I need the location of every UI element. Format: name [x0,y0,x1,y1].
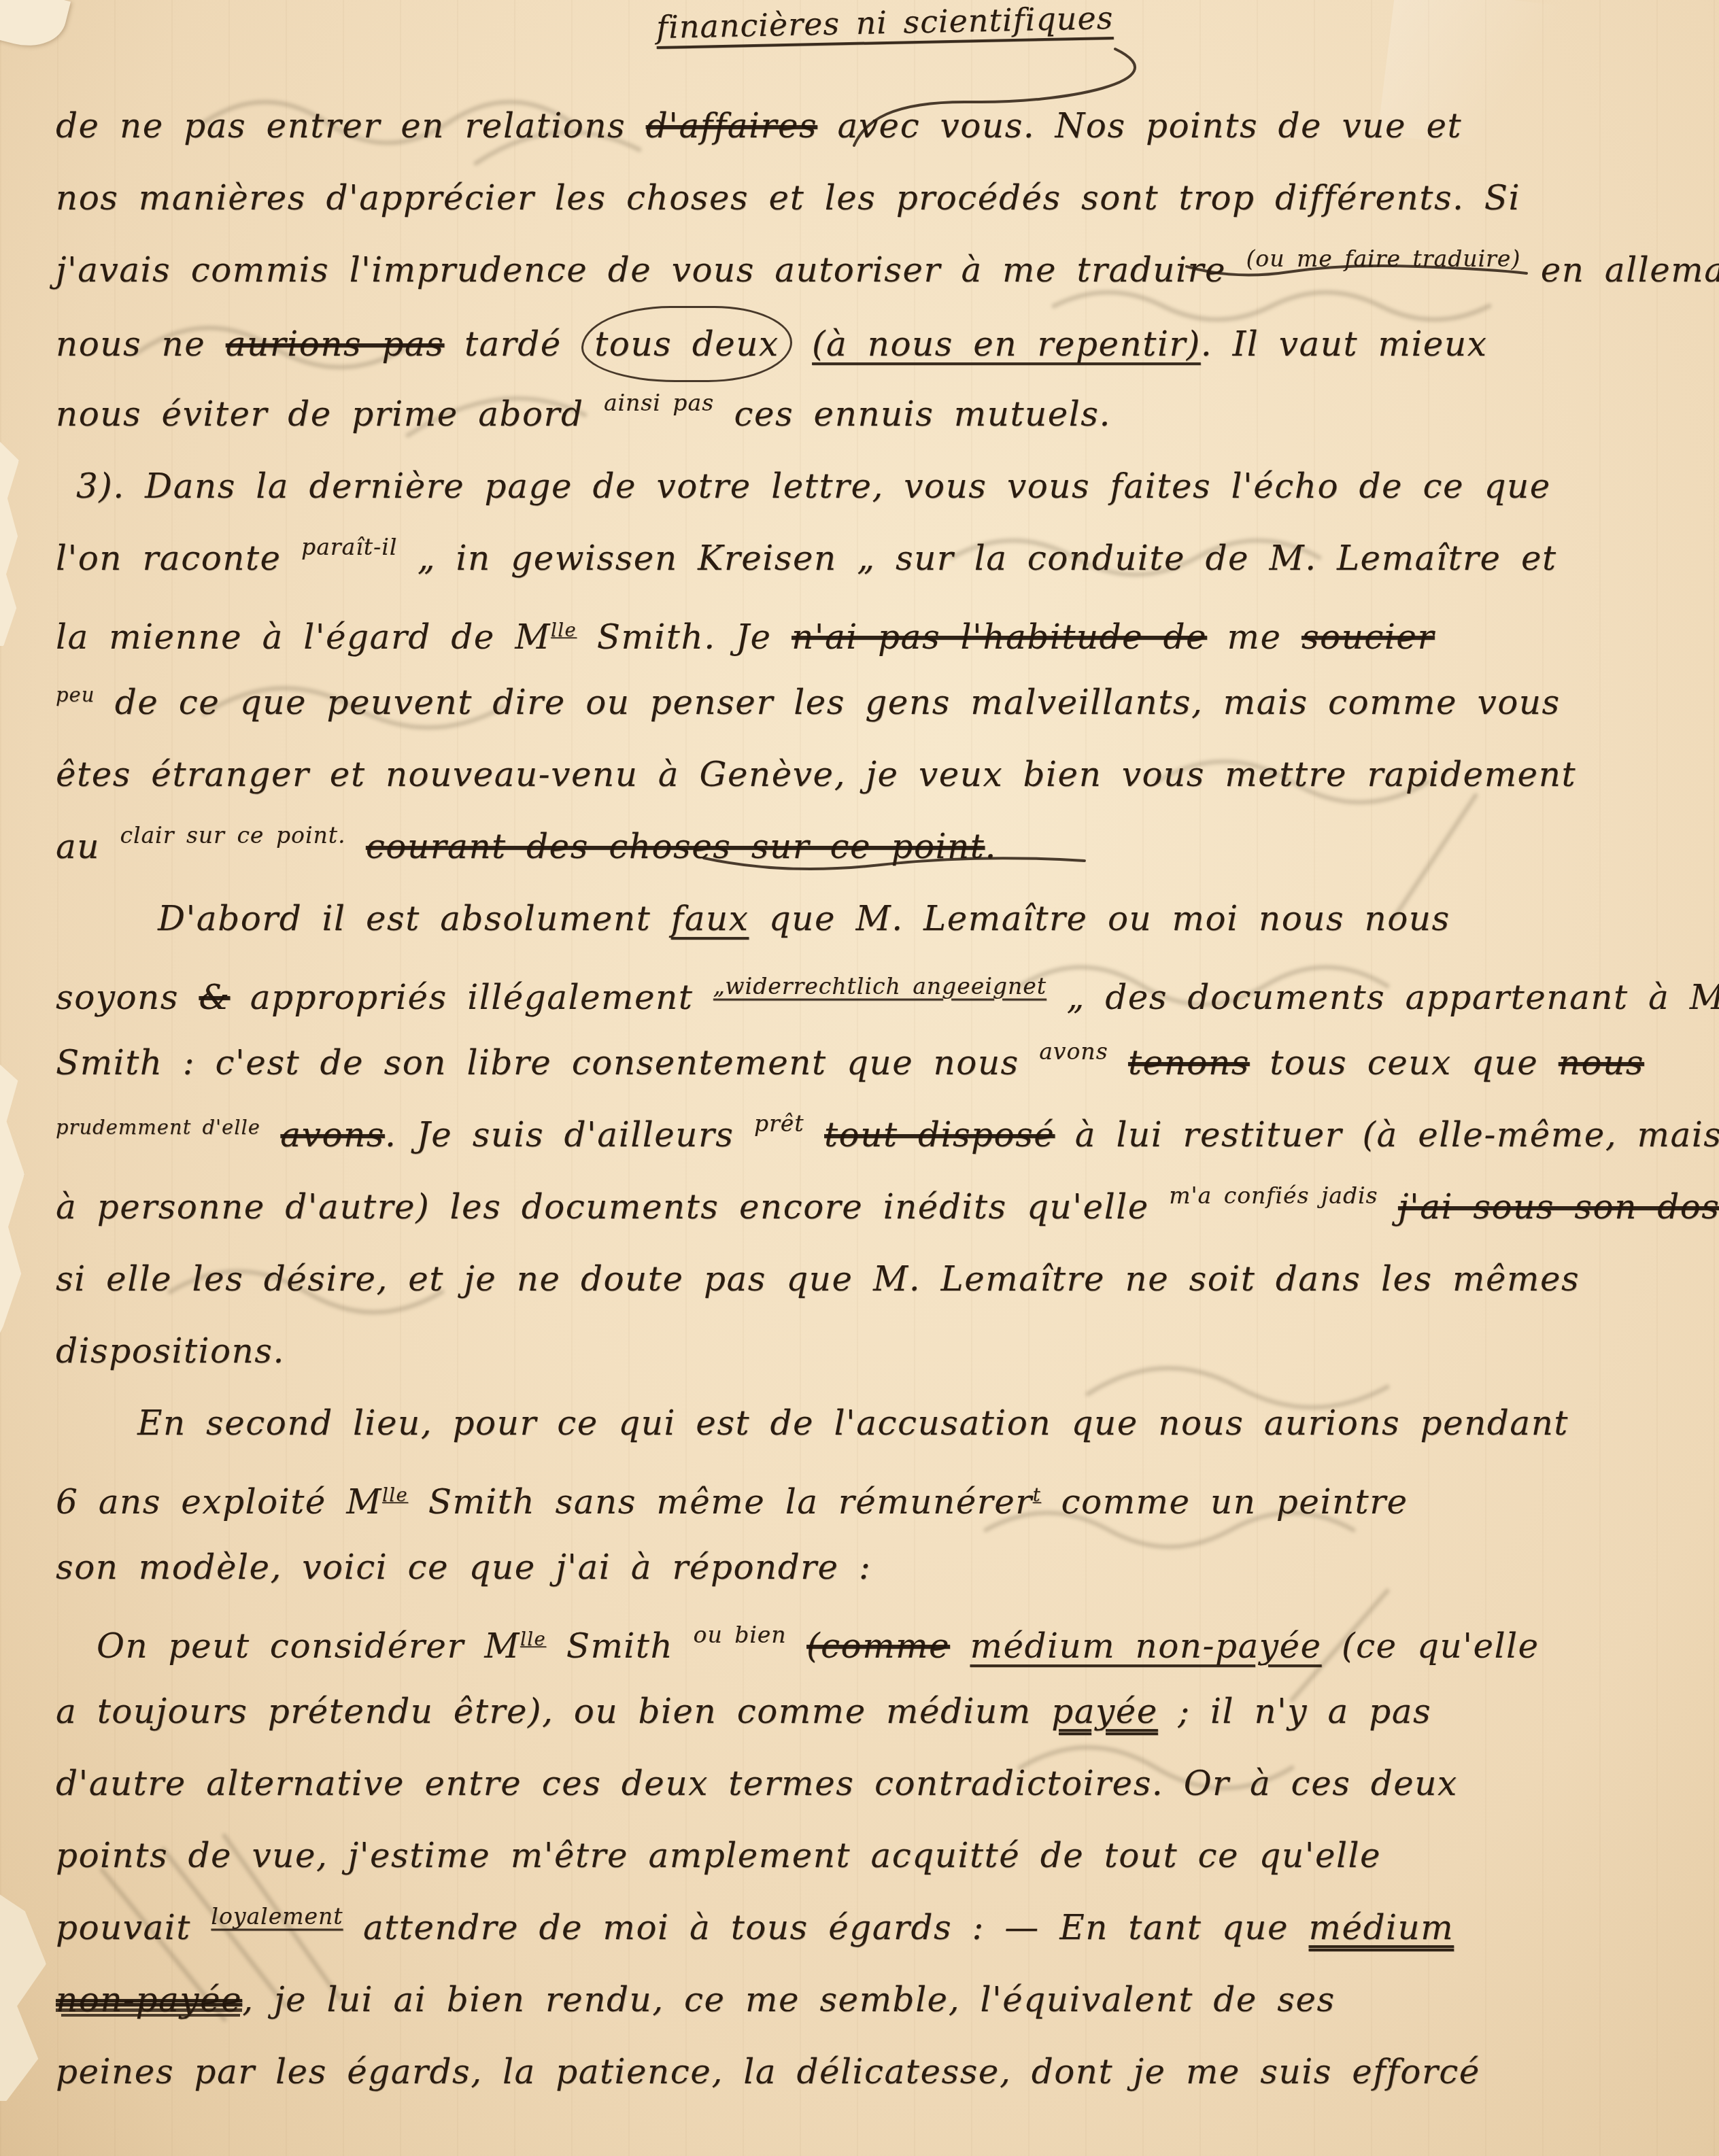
text-segment: „ in gewissen Kreisen „ sur la conduite … [397,538,1556,578]
manuscript-line: non-payée, je lui ai bien rendu, ce me s… [56,1964,1692,2036]
manuscript-line: pouvait loyalement attendre de moi à tou… [56,1892,1692,1964]
text-segment: points de vue, j'estime m'être amplement… [56,1836,1381,1875]
struck-text: tout disposé [824,1115,1055,1154]
struck-text: d'affaires [646,106,818,146]
inserted-text: ainsi pas [604,367,714,439]
manuscript-line: la mienne à l'égard de Mlle Smith. Je n'… [56,594,1692,666]
struck-text: n'ai pas l'habitude de [792,617,1207,657]
manuscript-line: 6 ans exploité Mlle Smith sans même la r… [56,1459,1692,1531]
manuscript-line: Smith : c'est de son libre consentement … [56,1027,1692,1099]
margin-insertion: prudemment d'elle [56,1091,260,1163]
text-segment: j'avais commis l'imprudence de vous auto… [56,250,1246,290]
struck-text: aurions pas [226,324,445,364]
text-segment: comme un peintre [1041,1482,1408,1522]
text-segment: pouvait [56,1908,211,1947]
text-segment: D'abord il est absolument [158,899,671,938]
text-segment: . Il vaut mieux [1201,324,1488,364]
text-segment [1108,1043,1128,1082]
text-segment: à personne d'autre) les documents encore… [56,1187,1169,1227]
manuscript-line: au clair sur ce point. courant des chose… [56,810,1692,883]
text-segment: Smith. Je [577,617,792,657]
text-segment [260,1115,280,1154]
text-segment: nous éviter de prime abord [56,394,604,434]
text-segment: On peut considérer M [97,1626,520,1666]
double-underlined-text: payée [1051,1692,1158,1731]
manuscript-line: de ne pas entrer en relations d'affaires… [56,90,1692,162]
manuscript-line: nous éviter de prime abord ainsi pas ces… [56,378,1692,450]
struck-text: avons [280,1115,385,1154]
paper-tear-bottom-left [0,1890,46,2101]
text-segment: nous ne [56,324,226,364]
struck-text: j'ai sous son dossier [1398,1187,1719,1227]
struck-text: nous [1559,1043,1644,1082]
superscript-text: t [1033,1484,1042,1506]
text-segment [804,1115,824,1154]
text-segment: soyons [56,978,199,1017]
inserted-underlined-text: „widerrechtlich angeeignet [713,950,1046,1022]
struck-text: tenons [1128,1043,1250,1082]
text-segment: à lui restituer (à elle-même, mais [1055,1115,1719,1154]
manuscript-line: son modèle, voici ce que j'ai à répondre… [56,1531,1692,1603]
manuscript-line: à personne d'autre) les documents encore… [56,1171,1692,1243]
scribbled-out-text: non-payée [56,1980,242,2019]
text-segment: 6 ans exploité M [56,1482,382,1522]
text-segment: , je lui ai bien rendu, ce me semble, l'… [242,1980,1335,2019]
manuscript-page: { "page": { "paper_color": "#f3e0c1", "i… [0,0,1719,2156]
struck-text: soucier [1301,617,1435,657]
text-segment: tardé [445,324,582,364]
text-segment: me [1207,617,1301,657]
struck-text: courant des choses sur ce point [366,827,985,866]
manuscript-line: D'abord il est absolument faux que M. Le… [56,883,1692,955]
text-segment: Smith : c'est de son libre consentement … [56,1043,1039,1082]
text-segment: au [56,827,120,866]
double-underlined-text: médium [1309,1908,1454,1947]
underlined-text: faux [671,899,749,938]
manuscript-line: En second lieu, pour ce qui est de l'acc… [56,1387,1692,1459]
interlinear-heading: financières ni scientifiques [656,0,1114,46]
manuscript-line: l'on raconte paraît-il „ in gewissen Kre… [56,522,1692,594]
text-segment: . [985,827,996,866]
manuscript-line: prudemment d'elle avons. Je suis d'aille… [56,1099,1692,1171]
text-segment: que M. Lemaître ou moi nous nous [749,899,1450,938]
text-segment: 3). Dans la dernière page de votre lettr… [76,466,1551,506]
superscript-text: lle [551,619,577,641]
text-segment: appropriés illégalement [230,978,713,1017]
inserted-underlined-text: loyalement [211,1881,343,1953]
text-segment: tous ceux que [1250,1043,1559,1082]
struck-text: (comme [806,1626,950,1666]
text-segment: son modèle, voici ce que j'ai à répondre… [56,1547,871,1587]
text-segment: en allemand, [1520,250,1719,290]
text-segment: . Je suis d'ailleurs [385,1115,754,1154]
inserted-text: m'a confiés jadis [1169,1160,1378,1232]
inserted-text: prêt [754,1088,804,1160]
underlined-text: (à nous en repentir) [812,324,1201,364]
text-segment: En second lieu, pour ce qui est de l'acc… [137,1403,1569,1443]
text-segment: (ce qu'elle [1322,1626,1539,1666]
paper-tear-left-upper [0,435,19,646]
text-segment: Smith sans même la rémunérer [408,1482,1032,1522]
manuscript-line: si elle les désire, et je ne doute pas q… [56,1243,1692,1315]
paper-tear-top-left [0,0,71,54]
text-segment: a toujours prétendu être), ou bien comme… [56,1692,1051,1731]
inserted-text: paraît-il [301,511,397,583]
text-segment: peines par les égards, la patience, la d… [56,2052,1480,2091]
text-segment: avec vous. Nos points de vue et [817,106,1462,146]
manuscript-line: peu de ce que peuvent dire ou penser les… [56,666,1692,738]
text-segment: de ne pas entrer en relations [56,106,646,146]
struck-text: & [199,978,230,1017]
text-segment: Smith [546,1626,693,1666]
manuscript-line: a toujours prétendu être), ou bien comme… [56,1675,1692,1747]
superscript-text: lle [520,1628,546,1650]
text-segment: de ce que peuvent dire ou penser les gen… [95,683,1560,722]
text-segment: attendre de moi à tous égards : — En tan… [343,1908,1309,1947]
text-segment [950,1626,970,1666]
manuscript-line: j'avais commis l'imprudence de vous auto… [56,234,1692,306]
manuscript-line: d'autre alternative entre ces deux terme… [56,1747,1692,1819]
margin-insertion: peu [56,659,95,731]
manuscript-line: On peut considérer Mlle Smith ou bien (c… [56,1603,1692,1675]
manuscript-line: dispositions. [56,1315,1692,1387]
inserted-text: avons [1039,1016,1108,1088]
text-segment: dispositions. [56,1331,285,1371]
superscript-text: lle [382,1484,408,1506]
manuscript-line: soyons & appropriés illégalement „widerr… [56,955,1692,1027]
text-segment: d'autre alternative entre ces deux terme… [56,1764,1458,1803]
underlined-text: médium non-payée [970,1626,1321,1666]
text-segment: ces ennuis mutuels. [714,394,1111,434]
text-segment [345,827,365,866]
manuscript-line: nous ne aurions pas tardé tous deux (à n… [56,306,1692,378]
text-segment: si elle les désire, et je ne doute pas q… [56,1259,1580,1299]
text-segment [792,324,812,364]
text-segment [787,1626,806,1666]
text-segment: êtes étranger et nouveau-venu à Genève, … [56,755,1576,794]
text-segment [1378,1187,1398,1227]
text-segment: nos manières d'apprécier les choses et l… [56,178,1520,218]
inserted-text: ou bien [694,1598,787,1671]
text-segment: l'on raconte [56,538,301,578]
text-segment: ; il n'y a pas [1158,1692,1431,1731]
manuscript-line: peines par les égards, la patience, la d… [56,2036,1692,2108]
inserted-text: (ou me faire traduire) [1246,223,1520,295]
paper-tear-left-lower [0,1057,24,1350]
text-segment: „ des documents appartenant à M [1046,978,1719,1017]
inserted-text: clair sur ce point. [120,800,345,872]
manuscript-text: de ne pas entrer en relations d'affaires… [56,90,1692,2108]
text-segment: la mienne à l'égard de M [56,617,551,657]
